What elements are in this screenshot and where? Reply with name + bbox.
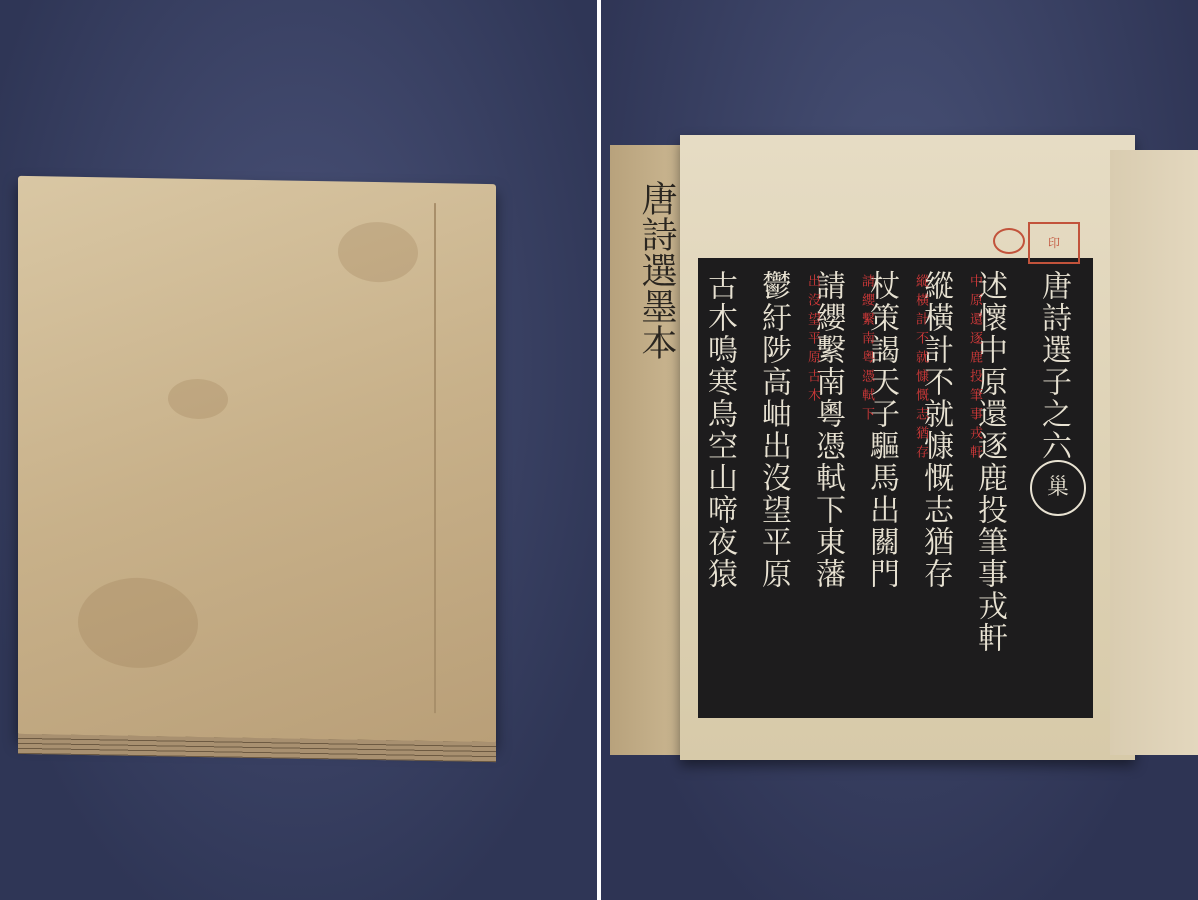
left-photo: [0, 0, 597, 900]
book-spine: [434, 203, 476, 714]
round-seal: 巢: [1030, 460, 1086, 516]
cover-title: 唐詩選墨本: [638, 180, 678, 360]
closed-book-cover: [18, 176, 496, 744]
page-header: 唐詩選子之六: [1035, 270, 1071, 462]
facing-page: [1110, 150, 1198, 755]
page-edges: [18, 734, 496, 762]
red-seal-oval: [993, 228, 1025, 254]
red-seal-square: 印: [1028, 222, 1080, 264]
